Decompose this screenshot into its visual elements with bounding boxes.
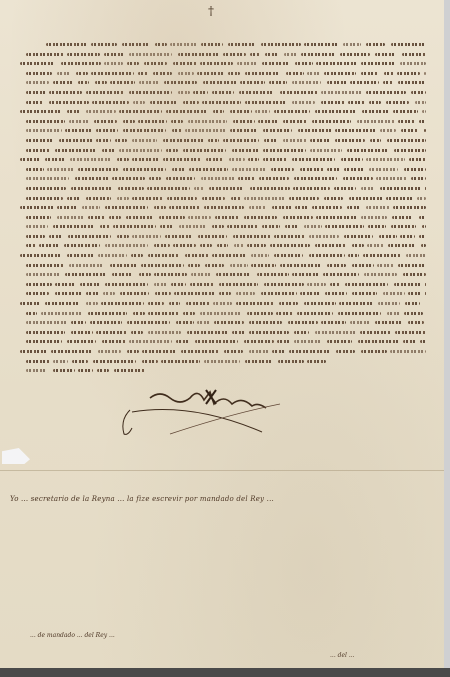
ink-word	[117, 197, 129, 200]
ink-word	[96, 139, 111, 142]
ink-word	[53, 225, 94, 228]
ink-word	[68, 235, 111, 238]
script-line	[26, 107, 426, 117]
script-line	[26, 184, 426, 194]
ink-word	[384, 72, 394, 75]
ink-word	[155, 292, 171, 295]
ink-word	[183, 312, 195, 315]
ink-word	[310, 149, 342, 152]
ink-word	[26, 292, 49, 295]
ink-word	[366, 43, 385, 46]
ink-word	[244, 216, 277, 219]
ink-word	[236, 302, 274, 305]
ink-word	[131, 331, 143, 334]
ink-word	[93, 360, 136, 363]
ink-word	[419, 120, 426, 123]
ink-word	[96, 129, 118, 132]
ink-word	[347, 206, 360, 209]
ink-word	[147, 187, 190, 190]
ink-word	[104, 53, 124, 56]
ink-word	[335, 139, 365, 142]
ink-word	[59, 139, 93, 142]
ink-word	[230, 264, 248, 267]
script-line	[26, 50, 426, 60]
ink-word	[188, 264, 200, 267]
ink-word	[278, 360, 304, 363]
ink-word	[57, 216, 85, 219]
ink-word	[132, 158, 159, 161]
ink-word	[230, 129, 258, 132]
ink-word	[227, 225, 258, 228]
script-line	[26, 88, 426, 98]
paper-tear	[2, 448, 30, 464]
ink-word	[279, 302, 298, 305]
ink-word	[237, 62, 257, 65]
ink-word	[409, 158, 426, 161]
ink-word	[233, 235, 271, 238]
ink-word	[343, 43, 361, 46]
ink-word	[164, 81, 197, 84]
ink-word	[20, 206, 54, 209]
ink-word	[216, 273, 251, 276]
ink-word	[154, 273, 187, 276]
ink-word	[336, 350, 355, 353]
ink-word	[321, 101, 345, 104]
ink-word	[395, 331, 426, 334]
ink-word	[398, 120, 415, 123]
ink-word	[249, 321, 282, 324]
ink-word	[307, 283, 326, 286]
ink-word	[26, 120, 65, 123]
ink-word	[274, 110, 310, 113]
ink-word	[223, 53, 246, 56]
ink-word	[71, 321, 86, 324]
ink-word	[425, 292, 426, 295]
ink-word	[366, 158, 405, 161]
ink-word	[202, 197, 225, 200]
ink-word	[419, 216, 426, 219]
ink-word	[248, 158, 259, 161]
ink-word	[393, 110, 418, 113]
ink-word	[115, 139, 127, 142]
ink-word	[369, 168, 398, 171]
ink-word	[244, 197, 285, 200]
ink-word	[49, 101, 89, 104]
ink-word	[229, 158, 245, 161]
ink-word	[391, 225, 416, 228]
ink-word	[45, 158, 65, 161]
ink-word	[26, 53, 64, 56]
ink-word	[183, 149, 226, 152]
ink-word	[383, 292, 405, 295]
ink-word	[343, 177, 373, 180]
script-line	[26, 59, 426, 69]
ink-word	[65, 129, 92, 132]
ink-word	[118, 187, 144, 190]
ink-word	[47, 168, 74, 171]
ink-word	[165, 235, 193, 238]
ink-word	[327, 340, 352, 343]
script-line	[26, 146, 426, 156]
ink-word	[26, 321, 68, 324]
ink-word	[20, 158, 41, 161]
ink-word	[185, 129, 226, 132]
ink-word	[324, 197, 343, 200]
ink-word	[91, 72, 134, 75]
ink-word	[26, 331, 65, 334]
ink-word	[71, 331, 93, 334]
ink-word	[304, 43, 339, 46]
ink-word	[283, 120, 307, 123]
ink-word	[312, 120, 351, 123]
ink-word	[127, 62, 139, 65]
ink-word	[335, 129, 376, 132]
ink-word	[61, 62, 101, 65]
ink-word	[309, 254, 345, 257]
ink-word	[340, 53, 370, 56]
ink-word	[289, 197, 319, 200]
ink-word	[349, 197, 383, 200]
ink-word	[274, 235, 305, 238]
ink-word	[411, 91, 426, 94]
ink-word	[262, 225, 280, 228]
ink-word	[348, 101, 365, 104]
ink-word	[109, 216, 121, 219]
script-line	[26, 289, 426, 299]
ink-word	[163, 139, 205, 142]
ink-word	[264, 283, 304, 286]
ink-word	[203, 81, 237, 84]
ink-word	[378, 302, 400, 305]
ink-word	[315, 244, 346, 247]
ink-word	[261, 43, 301, 46]
ink-word	[178, 91, 190, 94]
ink-word	[255, 110, 270, 113]
ink-word	[238, 177, 255, 180]
ink-word	[316, 216, 357, 219]
script-line	[26, 222, 426, 232]
ink-word	[240, 81, 265, 84]
ink-word	[386, 197, 413, 200]
ink-word	[26, 225, 48, 228]
ink-word	[327, 168, 340, 171]
ink-word	[388, 244, 416, 247]
ink-word	[251, 264, 276, 267]
ink-word	[295, 62, 313, 65]
ink-word	[361, 72, 378, 75]
ink-word	[368, 225, 386, 228]
ink-word	[20, 302, 40, 305]
ink-word	[26, 197, 63, 200]
ink-word	[232, 331, 245, 334]
ink-word	[280, 264, 322, 267]
ink-word	[193, 91, 208, 94]
ink-word	[232, 149, 260, 152]
ink-word	[166, 110, 208, 113]
ink-word	[132, 235, 161, 238]
ink-word	[325, 225, 364, 228]
ink-word	[148, 312, 179, 315]
ink-word	[53, 81, 73, 84]
ink-word	[272, 350, 285, 353]
ink-word	[160, 225, 174, 228]
ink-word	[245, 72, 280, 75]
ink-word	[78, 369, 93, 372]
ink-word	[280, 91, 318, 94]
ink-word	[167, 197, 197, 200]
script-line	[26, 251, 426, 261]
ink-word	[408, 292, 421, 295]
ink-word	[298, 129, 332, 132]
ink-word	[239, 91, 274, 94]
ink-word	[404, 312, 423, 315]
ink-word	[20, 110, 62, 113]
ink-word	[201, 43, 223, 46]
ink-word	[352, 264, 374, 267]
ink-word	[166, 177, 195, 180]
ink-word	[277, 340, 290, 343]
ink-word	[138, 72, 148, 75]
registry-signature: ... del ...	[330, 652, 355, 659]
ink-word	[98, 350, 121, 353]
ink-word	[283, 216, 313, 219]
ink-word	[339, 302, 374, 305]
script-line	[26, 357, 426, 367]
ink-word	[197, 321, 210, 324]
ink-word	[187, 331, 229, 334]
ink-word	[316, 62, 357, 65]
ink-word	[377, 264, 394, 267]
ink-word	[67, 197, 81, 200]
ink-word	[424, 72, 426, 75]
ink-word	[86, 302, 98, 305]
ink-word	[387, 139, 426, 142]
ink-word	[212, 91, 234, 94]
ink-word	[286, 72, 304, 75]
ink-word	[232, 168, 266, 171]
ink-word	[263, 158, 287, 161]
ink-word	[26, 216, 51, 219]
ink-word	[376, 177, 407, 180]
script-line	[26, 232, 426, 242]
ink-word	[173, 62, 197, 65]
ink-word	[425, 283, 426, 286]
ink-word	[57, 72, 70, 75]
ink-word	[264, 139, 277, 142]
ink-word	[49, 235, 63, 238]
ink-word	[188, 120, 227, 123]
ink-word	[39, 244, 60, 247]
ink-word	[86, 197, 111, 200]
ink-word	[270, 244, 310, 247]
ink-word	[230, 110, 252, 113]
ink-word	[170, 43, 197, 46]
ink-word	[352, 244, 364, 247]
ink-word	[26, 312, 37, 315]
ink-word	[75, 177, 109, 180]
ink-word	[406, 254, 426, 257]
ink-word	[323, 273, 359, 276]
ink-word	[26, 101, 43, 104]
ink-word	[26, 340, 62, 343]
ink-word	[183, 101, 199, 104]
ink-word	[176, 340, 190, 343]
ink-word	[163, 158, 201, 161]
ink-word	[212, 225, 224, 228]
ink-word	[169, 302, 180, 305]
ink-word	[405, 302, 420, 305]
ink-word	[233, 120, 255, 123]
ink-word	[387, 312, 401, 315]
ink-word	[26, 360, 50, 363]
ink-word	[161, 360, 200, 363]
ink-word	[26, 187, 66, 190]
ink-word	[55, 149, 96, 152]
ink-word	[269, 81, 287, 84]
ink-word	[188, 216, 211, 219]
script-line	[26, 318, 426, 328]
ink-word	[191, 273, 211, 276]
script-line	[26, 194, 426, 204]
scan-border-right	[444, 0, 450, 677]
ink-word	[411, 177, 426, 180]
ink-word	[112, 177, 145, 180]
ink-word	[295, 206, 308, 209]
ink-word	[26, 129, 62, 132]
ink-word	[421, 244, 426, 247]
ink-word	[105, 206, 148, 209]
ink-word	[122, 43, 149, 46]
ink-word	[49, 91, 82, 94]
ink-word	[394, 149, 426, 152]
ink-word	[285, 225, 298, 228]
ink-word	[366, 91, 406, 94]
ink-word	[212, 254, 247, 257]
ink-word	[263, 129, 292, 132]
ink-word	[424, 129, 426, 132]
ink-word	[315, 110, 356, 113]
script-line	[26, 261, 426, 271]
ink-word	[245, 360, 272, 363]
ink-word	[45, 302, 80, 305]
scan-border-bottom	[0, 668, 450, 677]
script-line	[26, 270, 426, 280]
ink-word	[197, 72, 224, 75]
ink-word	[375, 53, 396, 56]
script-line	[26, 155, 426, 165]
ink-word	[294, 340, 322, 343]
script-line	[26, 328, 426, 338]
ink-word	[304, 225, 322, 228]
ink-word	[51, 350, 93, 353]
ink-word	[391, 43, 426, 46]
ink-word	[393, 206, 426, 209]
ink-word	[200, 244, 212, 247]
ink-word	[154, 283, 168, 286]
ink-word	[301, 53, 336, 56]
ink-word	[366, 206, 390, 209]
ink-word	[415, 101, 426, 104]
ink-word	[117, 158, 129, 161]
ink-word	[312, 206, 342, 209]
ink-word	[149, 177, 161, 180]
ink-word	[139, 81, 159, 84]
ink-word	[154, 206, 166, 209]
ink-word	[327, 264, 346, 267]
ink-word	[422, 110, 426, 113]
ink-word	[350, 321, 370, 324]
script-line	[26, 40, 426, 50]
ink-word	[148, 302, 164, 305]
ink-word	[394, 283, 422, 286]
ink-word	[204, 206, 244, 209]
ink-word	[105, 283, 148, 286]
ink-word	[397, 72, 420, 75]
ink-word	[300, 168, 324, 171]
fold-line	[0, 470, 444, 471]
ink-word	[250, 187, 290, 190]
ink-word	[195, 340, 238, 343]
ink-word	[422, 225, 426, 228]
ink-word	[401, 129, 418, 132]
ink-word	[105, 244, 148, 247]
ink-word	[179, 225, 206, 228]
ink-word	[265, 53, 278, 56]
ink-word	[370, 139, 381, 142]
ink-word	[262, 62, 289, 65]
ink-word	[419, 235, 426, 238]
ink-word	[261, 292, 297, 295]
ink-word	[138, 120, 167, 123]
ink-word	[78, 81, 89, 84]
ink-word	[310, 139, 331, 142]
ink-word	[289, 350, 331, 353]
ink-word	[402, 53, 426, 56]
ink-word	[367, 244, 384, 247]
ink-word	[283, 139, 307, 142]
ink-word	[244, 340, 274, 343]
ink-word	[247, 244, 266, 247]
ink-word	[26, 72, 52, 75]
ink-word	[178, 53, 220, 56]
ink-word	[383, 81, 393, 84]
ink-word	[214, 321, 244, 324]
ink-word	[123, 120, 135, 123]
ink-word	[344, 168, 364, 171]
ink-word	[112, 273, 133, 276]
ink-word	[344, 235, 373, 238]
ink-word	[96, 331, 127, 334]
ink-word	[129, 91, 172, 94]
ink-word	[91, 43, 117, 46]
ink-word	[224, 350, 243, 353]
ink-word	[123, 168, 166, 171]
cross-mark: †	[208, 4, 214, 18]
ink-word	[53, 360, 68, 363]
ink-word	[403, 273, 426, 276]
ink-word	[297, 312, 333, 315]
script-line	[26, 98, 426, 108]
ink-word	[131, 254, 143, 257]
ink-word	[104, 62, 123, 65]
ink-word	[78, 168, 118, 171]
ink-word	[231, 197, 241, 200]
ink-word	[213, 302, 232, 305]
ink-word	[153, 72, 172, 75]
ink-word	[154, 244, 170, 247]
ink-word	[126, 216, 153, 219]
ink-word	[334, 187, 356, 190]
